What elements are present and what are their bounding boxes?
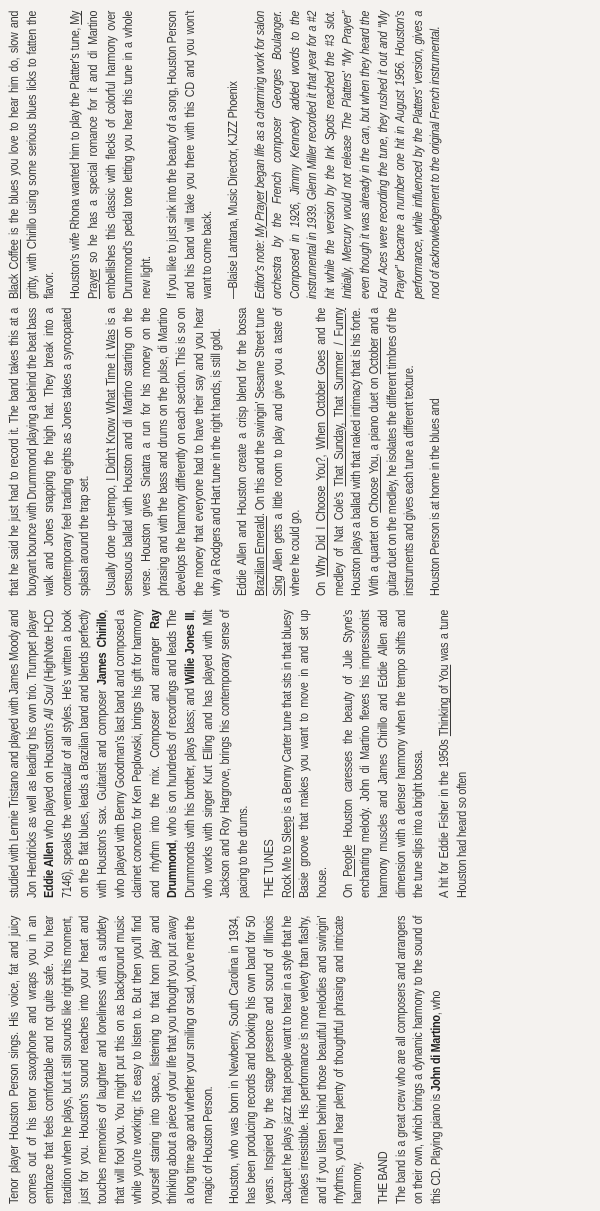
song-title: When October Goes [314, 350, 328, 449]
text-run: —Blaise Lantana, Music Director, KJZZ Ph… [226, 81, 240, 299]
paragraph: that he said he just had to record it. T… [6, 308, 94, 596]
paragraph: Eddie Allen and Houston create a crisp b… [234, 308, 304, 596]
song-title: I Didn't Know What Time it Was [104, 329, 118, 480]
paragraph: Black Coffee is the blues you love to he… [6, 11, 59, 299]
song-title: Sing [271, 576, 285, 596]
text-run: Eddie Allen and Houston create a crisp b… [235, 308, 249, 596]
text-run: so he has a special romance for it and d… [86, 11, 153, 299]
text-column-4: Black Coffee is the blues you love to he… [6, 11, 596, 299]
text-run: , a piano duet on [367, 374, 381, 456]
musician-name: James Chirillo [95, 613, 109, 685]
text-run: who played on Houston's [42, 720, 56, 842]
song-title: Brazilian Emerald [253, 516, 267, 596]
text-run: If you like to just sink into the beauty… [165, 11, 214, 299]
paragraph: The band is a great crew who are all com… [393, 916, 446, 1204]
text-run: studied with Lennie Tristano and played … [7, 610, 39, 898]
text-run: All Soul [42, 685, 56, 720]
song-title: My Prayer [253, 191, 267, 238]
paragraph: Houston, who was born in Newberry, South… [226, 916, 367, 1204]
song-title: October [367, 338, 381, 374]
paragraph: Rock Me to Sleep is a Benny Carter tune … [279, 610, 332, 898]
paragraph: Tenor player Houston Person sings. His v… [6, 916, 217, 1204]
scanned-page: Tenor player Houston Person sings. His v… [0, 0, 600, 1211]
text-run: A hit for Eddie Fisher in the 1950s [437, 736, 451, 898]
paragraph: Editor's note: My Prayer began life as a… [252, 11, 446, 299]
song-title: Rock Me to Sleep [280, 816, 294, 898]
text-run: Houston, who was born in Newberry, South… [227, 916, 364, 1204]
song-title: Choose You [367, 457, 381, 513]
text-run: , [314, 449, 328, 457]
liner-notes-page: Tenor player Houston Person sings. His v… [0, 0, 600, 1211]
musician-name: Willie Jones III [183, 613, 197, 685]
paragraph: Houston Person is at home in the blues a… [427, 308, 445, 596]
song-title: Why Did I Choose You? [314, 458, 328, 577]
paragraph: Houston's wife Rhona wanted him to play … [67, 11, 155, 299]
paragraph: A hit for Eddie Fisher in the 1950s Thin… [436, 610, 471, 898]
section-heading: THE BAND [375, 916, 393, 1204]
musician-name: John di Martino [429, 1015, 443, 1091]
song-title: Black Coffee [7, 240, 21, 299]
text-run: that he said he just had to record it. T… [7, 308, 91, 596]
text-column-1: Tenor player Houston Person sings. His v… [6, 916, 596, 1204]
text-run: Allen gets a little room to play and giv… [271, 308, 303, 596]
song-title: Thinking of You [437, 665, 451, 736]
text-run: . On this and the swingin' Sesame Street… [253, 308, 267, 516]
text-column-3: that he said he just had to record it. T… [6, 308, 596, 596]
paragraph: —Blaise Lantana, Music Director, KJZZ Ph… [225, 11, 243, 299]
text-run: On [341, 877, 355, 898]
text-run: Editor's note: [253, 237, 267, 299]
song-title: That Sunday, That Summer / Funny [332, 308, 346, 486]
text-run: Tenor player Houston Person sings. His v… [7, 916, 215, 1204]
song-title: People [341, 845, 355, 877]
text-run: is a sensuous ballad with Houston and di… [104, 308, 224, 596]
paragraph: On People Houston caresses the beauty of… [340, 610, 428, 898]
text-run: Usually done up-tempo, [104, 481, 118, 596]
paragraph: Usually done up-tempo, I Didn't Know Wha… [103, 308, 226, 596]
text-column-2: studied with Lennie Tristano and played … [6, 610, 596, 898]
text-run: On [314, 577, 328, 596]
text-run: Houston's wife Rhona wanted him to play … [68, 25, 82, 299]
section-heading: THE TUNES [261, 610, 279, 898]
musician-name: Eddie Allen [42, 842, 56, 898]
paragraph: If you like to just sink into the beauty… [164, 11, 217, 299]
text-run: Houston Person is at home in the blues a… [428, 399, 442, 596]
text-run: , who [429, 991, 443, 1015]
text-run: began life as a charming work for salon … [253, 11, 443, 299]
paragraph: studied with Lennie Tristano and played … [6, 610, 252, 898]
paragraph: On Why Did I Choose You?, When October G… [313, 308, 419, 596]
